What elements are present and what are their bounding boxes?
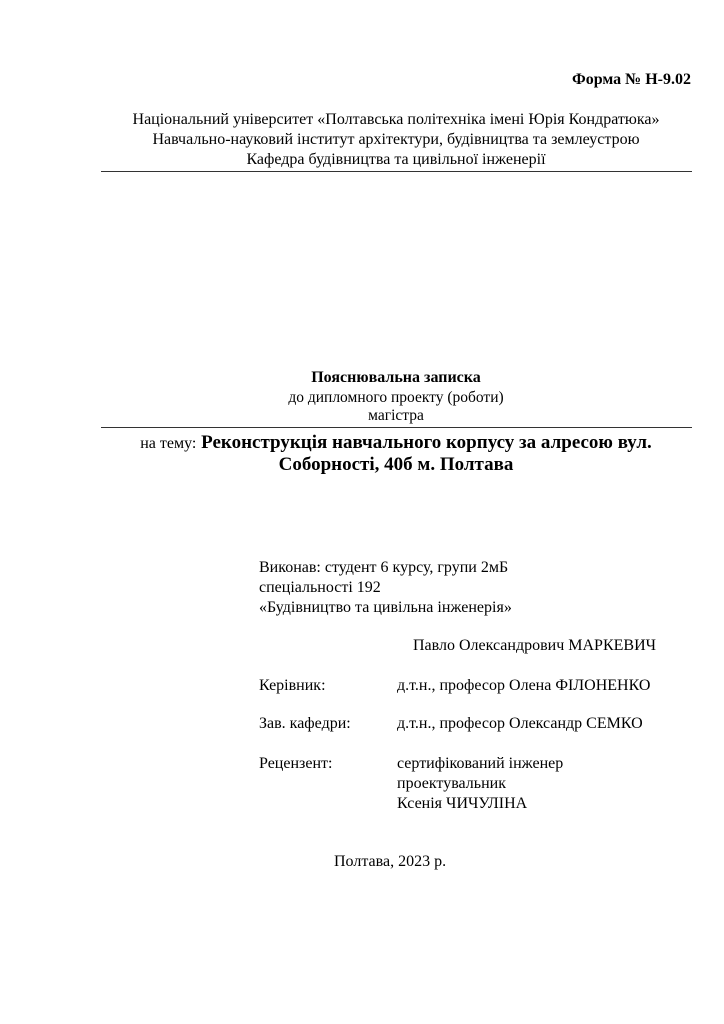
- topic-prefix: на тему:: [140, 435, 196, 452]
- title-divider: [101, 427, 692, 428]
- topic-line-2: Соборності, 40б м. Полтава: [100, 453, 692, 477]
- topic-text-1: Реконструкція навчального корпусу за алр…: [201, 432, 652, 453]
- form-number: Форма № Н-9.02: [572, 71, 691, 89]
- document-subtitle: до дипломного проекту (роботи): [100, 388, 692, 407]
- document-degree: магістра: [100, 406, 692, 425]
- supervisor-label: Керівник:: [259, 676, 326, 696]
- reviewer-value-1: сертифікований інженер: [397, 754, 563, 774]
- head-of-department-label: Зав. кафедри:: [259, 714, 351, 734]
- place-year: Полтава, 2023 р.: [334, 852, 446, 872]
- author-line-2: спеціальності 192: [259, 578, 381, 598]
- author-name: Павло Олександрович МАРКЕВИЧ: [413, 636, 656, 656]
- header-divider: [101, 171, 692, 172]
- university-name: Національний університет «Полтавська пол…: [100, 110, 692, 130]
- document-title: Пояснювальна записка: [100, 368, 692, 388]
- head-of-department-value: д.т.н., професор Олександр СЕМКО: [397, 714, 643, 734]
- author-line-3: «Будівництво та цивільна інженерія»: [259, 598, 512, 618]
- institute-name: Навчально-науковий інститут архітектури,…: [100, 130, 692, 150]
- supervisor-value: д.т.н., професор Олена ФІЛОНЕНКО: [397, 676, 650, 696]
- reviewer-value-2: проектувальник: [397, 774, 506, 794]
- author-line-1: Виконав: студент 6 курсу, групи 2мБ: [259, 558, 508, 578]
- reviewer-value-3: Ксенія ЧИЧУЛІНА: [397, 794, 527, 814]
- department-name: Кафедра будівництва та цивільної інженер…: [100, 150, 692, 170]
- reviewer-label: Рецензент:: [259, 754, 332, 774]
